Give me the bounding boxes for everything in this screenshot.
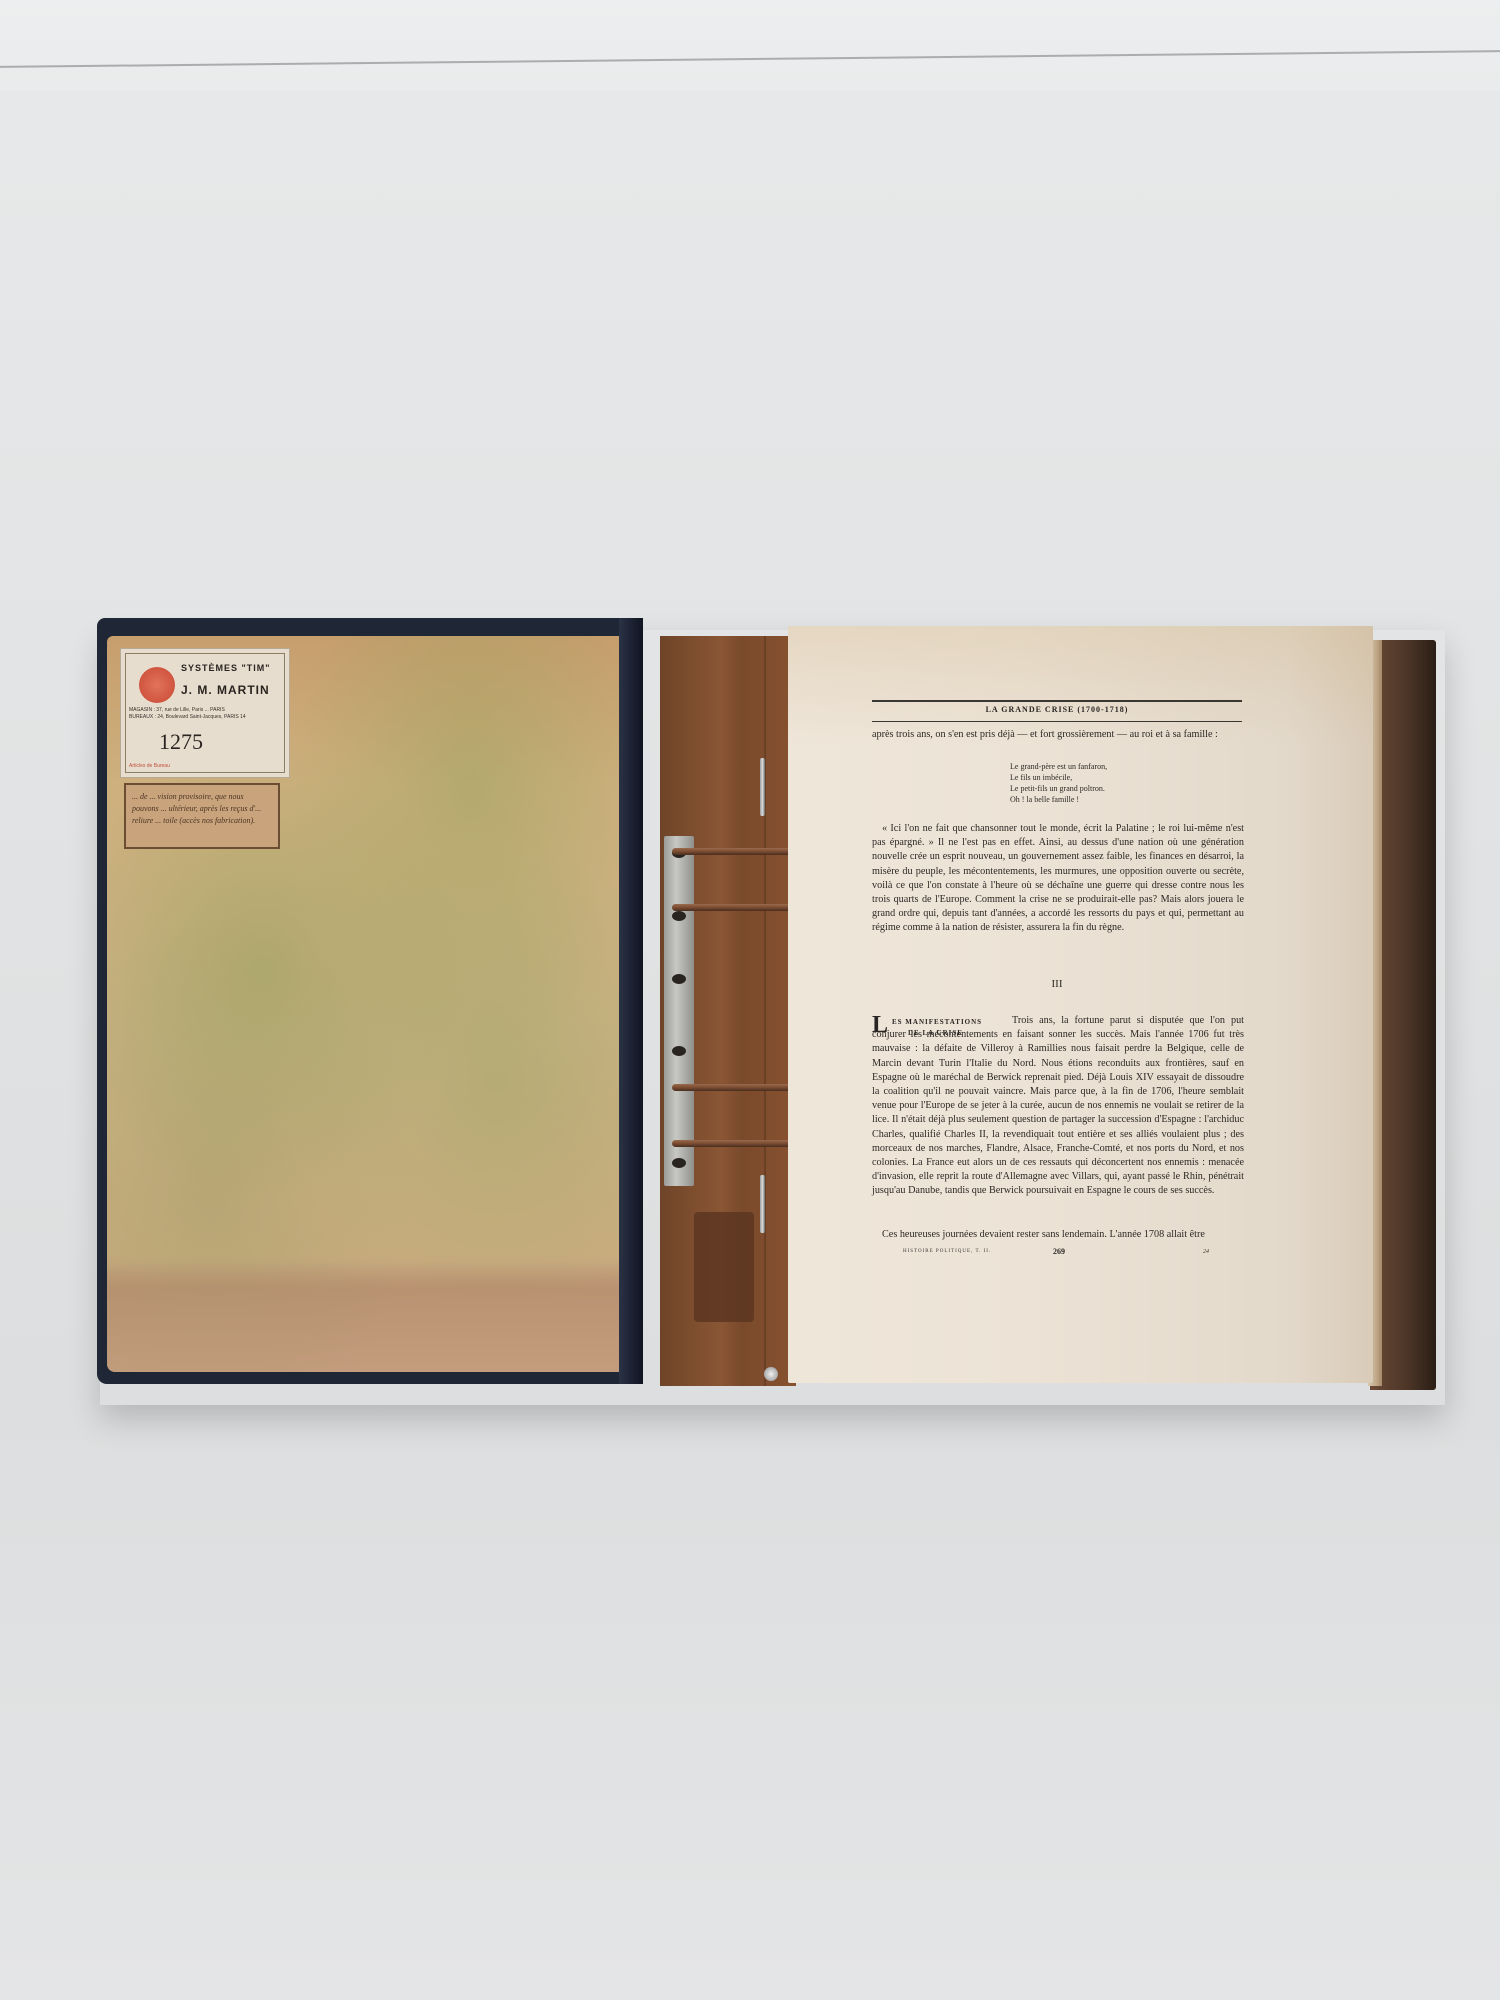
footer-signature: HISTOIRE POLITIQUE, T. II. <box>903 1249 991 1254</box>
rivet <box>764 1367 778 1381</box>
verse-line: Le petit-fils un grand poltron. <box>1010 783 1107 794</box>
label-address-line: BUREAUX : 24, Boulevard Saint-Jacques, P… <box>129 714 279 721</box>
verse: Le grand-père est un fanfaron, Le fils u… <box>1010 761 1107 805</box>
label-address-line: MAGASIN : 37, rue de Lille, Paris ... PA… <box>129 707 279 714</box>
strip-hole <box>672 974 686 984</box>
red-seal-icon <box>139 667 175 703</box>
paragraph: « Ici l'on ne fait que chansonner tout l… <box>872 822 1244 936</box>
paragraph: Ces heureuses journées devaient rester s… <box>872 1228 1244 1242</box>
verse-line: Le fils un imbécile, <box>1010 772 1107 783</box>
notice-label: ... de ... vision provisoire, que nous p… <box>124 783 280 849</box>
strip-hole <box>672 1158 686 1168</box>
clip-top <box>760 758 765 816</box>
maker-label: SYSTÈMES "TIM" J. M. MARTIN MAGASIN : 37… <box>120 648 290 778</box>
notice-label-text: ... de ... vision provisoire, que nous p… <box>132 791 272 827</box>
printed-page[interactable]: LA GRANDE CRISE (1700-1718) après trois … <box>788 626 1373 1383</box>
verse-line: Oh ! la belle famille ! <box>1010 794 1107 805</box>
page-number: 269 <box>1053 1247 1065 1256</box>
intro-line: après trois ans, on s'en est pris déjà —… <box>872 728 1244 742</box>
cover-spine-edge <box>619 618 643 1384</box>
strip-hole <box>672 911 686 921</box>
paragraph: Trois ans, la fortune parut si disputée … <box>872 1014 1244 1199</box>
head-rule <box>872 721 1242 722</box>
running-head: LA GRANDE CRISE (1700-1718) <box>872 705 1242 714</box>
label-brand: SYSTÈMES "TIM" <box>181 663 271 673</box>
strip-hole <box>672 1046 686 1056</box>
metal-strip <box>664 836 694 1186</box>
label-address: MAGASIN : 37, rue de Lille, Paris ... PA… <box>129 707 279 721</box>
section-number: III <box>872 978 1242 990</box>
wall-background <box>0 0 1500 90</box>
binder-pad <box>694 1212 754 1322</box>
label-number: 1275 <box>159 729 203 755</box>
footer-signature-number: 24 <box>1203 1249 1209 1255</box>
clip-bottom <box>760 1175 765 1233</box>
label-maker-name: J. M. MARTIN <box>181 683 270 697</box>
plate-seam <box>764 636 766 1386</box>
head-rule <box>872 700 1242 702</box>
verse-line: Le grand-père est un fanfaron, <box>1010 761 1107 772</box>
label-footer: Articles de Bureau <box>129 763 170 769</box>
water-stain <box>107 1262 627 1372</box>
